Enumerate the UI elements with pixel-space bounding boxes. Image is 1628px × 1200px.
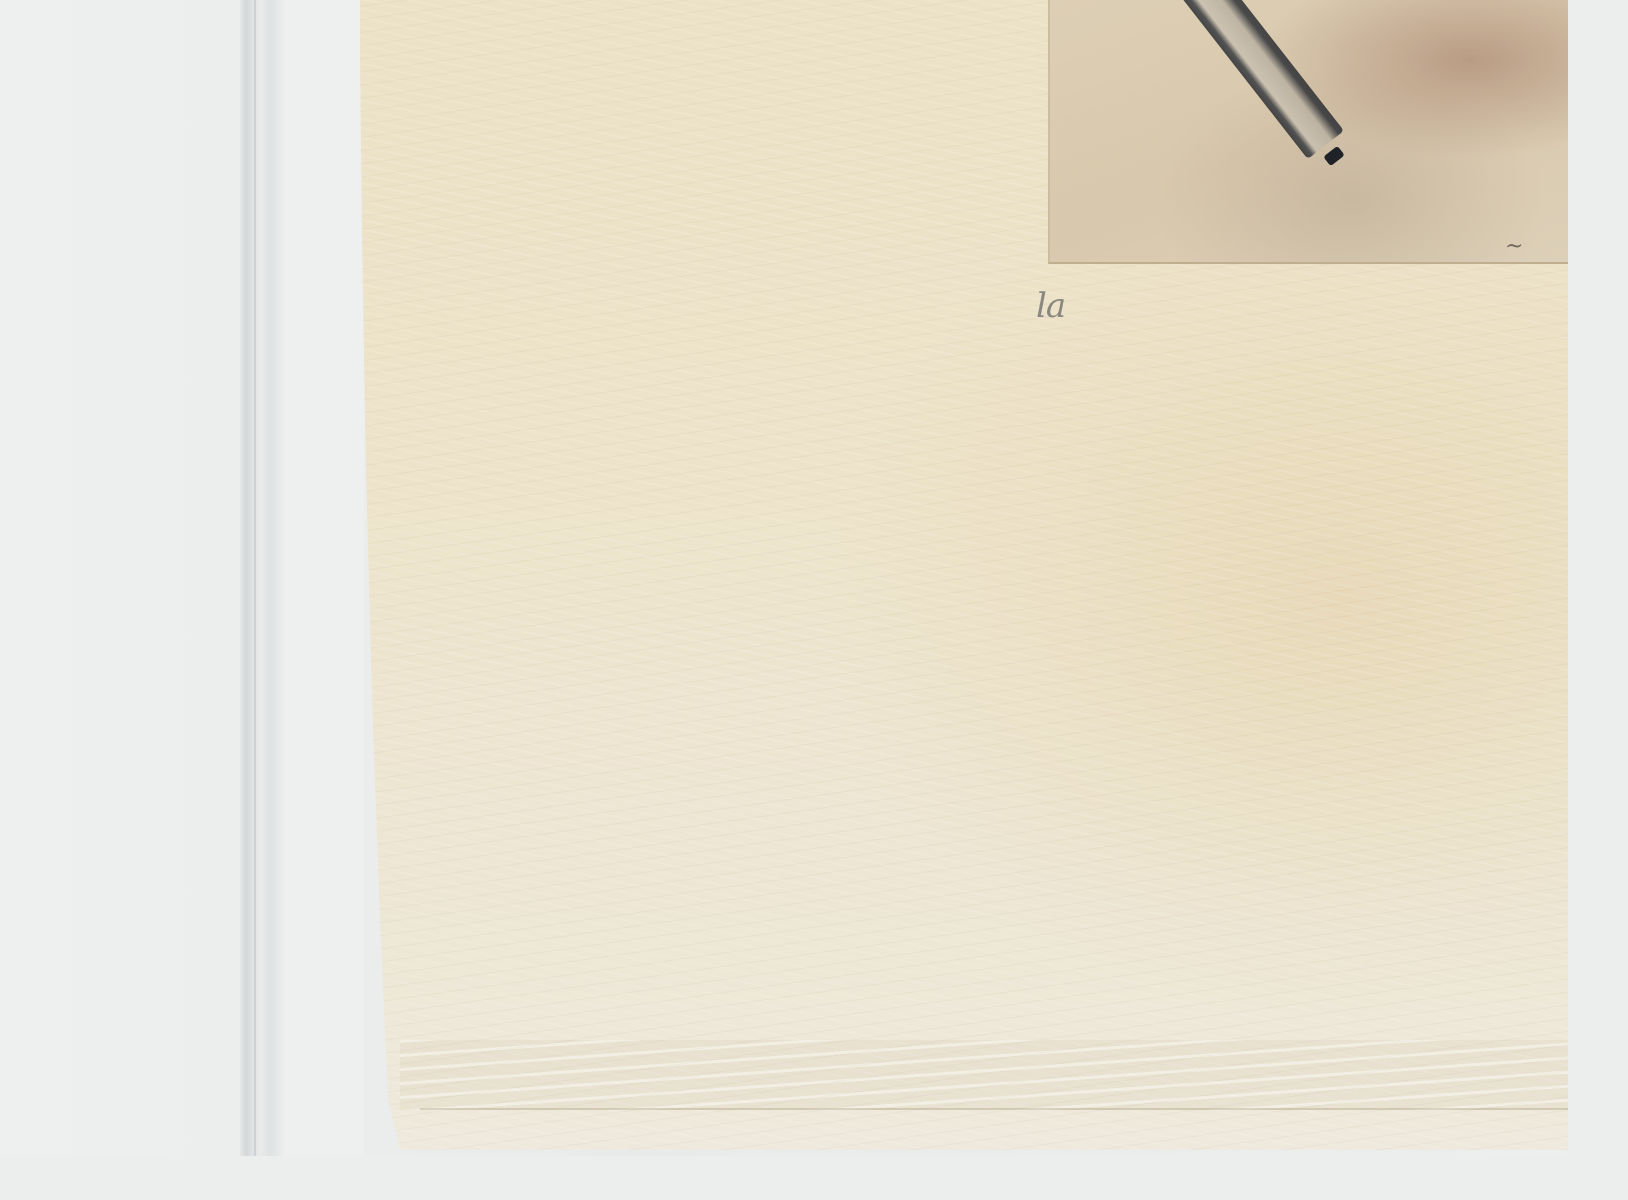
plate-squiggle-mark: ~: [1505, 234, 1521, 259]
etching-plate-area: ~: [1048, 0, 1568, 264]
deckle-crease-line: [420, 1108, 1568, 1110]
frame-edge: [240, 0, 284, 1156]
ink-stroke: [1160, 0, 1344, 159]
pencil-annotation: la: [1036, 286, 1065, 326]
deckle-edge-bottom: [400, 1040, 1568, 1110]
mat-gap: [284, 0, 364, 1156]
ink-stroke-tip: [1323, 146, 1345, 167]
